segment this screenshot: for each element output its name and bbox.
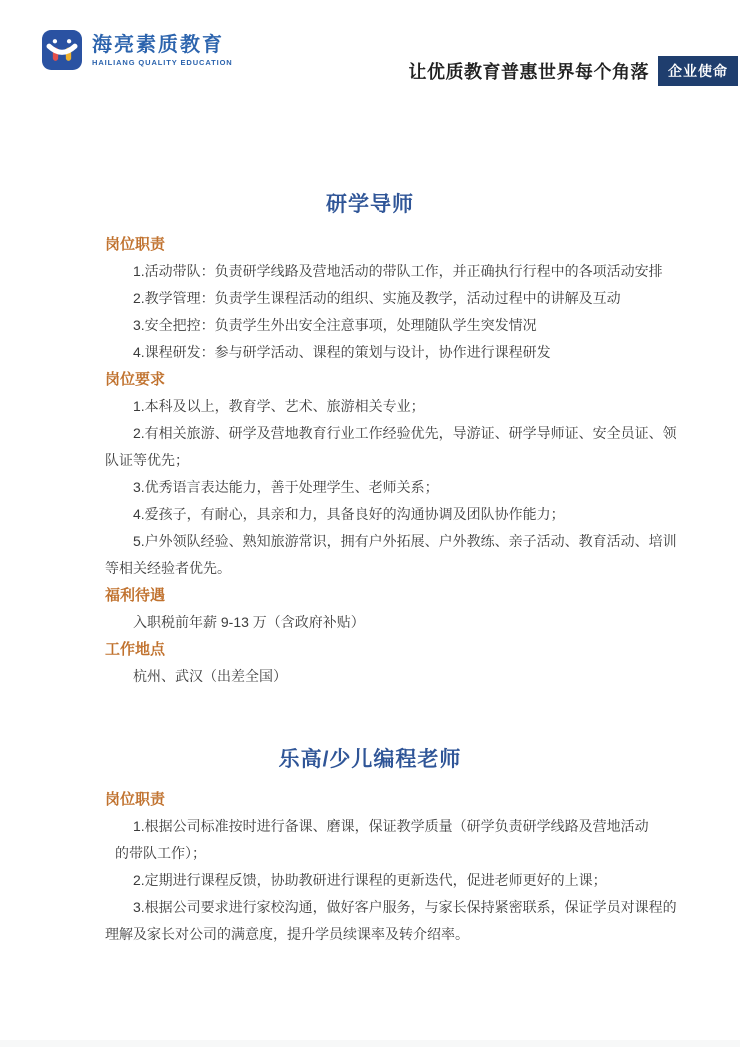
- requirement-line: 1.本科及以上，教育学、艺术、旅游相关专业；: [105, 395, 710, 418]
- requirement-line: 2.有相关旅游、研学及营地教育行业工作经验优先，导游证、研学导师证、安全员证、领: [105, 422, 710, 445]
- duty-line: 2.定期进行课程反馈，协助教研进行课程的更新迭代，促进老师更好的上课；: [105, 869, 710, 892]
- logo-text: 海亮素质教育 HAILIANG QUALITY EDUCATION: [92, 33, 233, 68]
- section-heading-duties: 岗位职责: [105, 233, 710, 256]
- duty-line: 理解及家长对公司的满意度，提升学员续课率及转介绍率。: [105, 923, 710, 946]
- duty-line: 3.安全把控：负责学生外出安全注意事项，处理随队学生突发情况: [105, 314, 710, 337]
- duty-line: 4.课程研发：参与研学活动、课程的策划与设计，协作进行课程研发: [105, 341, 710, 364]
- section-heading-benefits: 福利待遇: [105, 584, 710, 607]
- duty-line: 3.根据公司要求进行家校沟通，做好客户服务，与家长保持紧密联系，保证学员对课程的: [105, 896, 710, 919]
- duty-line: 2.教学管理：负责学生课程活动的组织、实施及教学，活动过程中的讲解及互动: [105, 287, 710, 310]
- job-title: 乐高/少儿编程老师: [0, 745, 740, 775]
- benefit-line: 入职税前年薪 9-13 万（含政府补贴）: [105, 611, 710, 634]
- job-body: 岗位职责 1.活动带队：负责研学线路及营地活动的带队工作，并正确执行行程中的各项…: [0, 220, 740, 688]
- requirement-line: 3.优秀语言表达能力，善于处理学生、老师关系；: [105, 476, 710, 499]
- mission-badge: 企业使命: [658, 56, 738, 86]
- duty-line: 1.活动带队：负责研学线路及营地活动的带队工作，并正确执行行程中的各项活动安排: [105, 260, 710, 283]
- requirement-line: 等相关经验者优先。: [105, 557, 710, 580]
- job-section-yanxue-daoshi: 研学导师 岗位职责 1.活动带队：负责研学线路及营地活动的带队工作，并正确执行行…: [0, 190, 740, 692]
- location-line: 杭州、武汉（出差全国）: [105, 665, 710, 688]
- hailiang-logo-icon: [42, 30, 82, 70]
- mission-statement: 让优质教育普惠世界每个角落 企业使命: [409, 56, 739, 86]
- logo-name-en: HAILIANG QUALITY EDUCATION: [92, 57, 233, 68]
- job-section-lego-programming-teacher: 乐高/少儿编程老师 岗位职责 1.根据公司标准按时进行备课、磨课，保证教学质量（…: [0, 745, 740, 950]
- company-logo: 海亮素质教育 HAILIANG QUALITY EDUCATION: [42, 30, 233, 70]
- job-posting-page: 海亮素质教育 HAILIANG QUALITY EDUCATION 让优质教育普…: [0, 0, 740, 1047]
- requirement-line: 队证等优先；: [105, 449, 710, 472]
- section-heading-requirements: 岗位要求: [105, 368, 710, 391]
- page-bottom-strip: [0, 1040, 740, 1047]
- section-heading-location: 工作地点: [105, 638, 710, 661]
- logo-name-cn: 海亮素质教育: [92, 33, 233, 57]
- requirement-line: 5.户外领队经验、熟知旅游常识，拥有户外拓展、户外教练、亲子活动、教育活动、培训: [105, 530, 710, 553]
- section-heading-duties: 岗位职责: [105, 788, 710, 811]
- mission-slogan: 让优质教育普惠世界每个角落: [409, 58, 650, 84]
- duty-line: 的带队工作）；: [105, 842, 710, 865]
- requirement-line: 4.爱孩子，有耐心，具亲和力，具备良好的沟通协调及团队协作能力；: [105, 503, 710, 526]
- job-title: 研学导师: [0, 190, 740, 220]
- duty-line: 1.根据公司标准按时进行备课、磨课，保证教学质量（研学负责研学线路及营地活动: [105, 815, 710, 838]
- job-body: 岗位职责 1.根据公司标准按时进行备课、磨课，保证教学质量（研学负责研学线路及营…: [0, 775, 740, 946]
